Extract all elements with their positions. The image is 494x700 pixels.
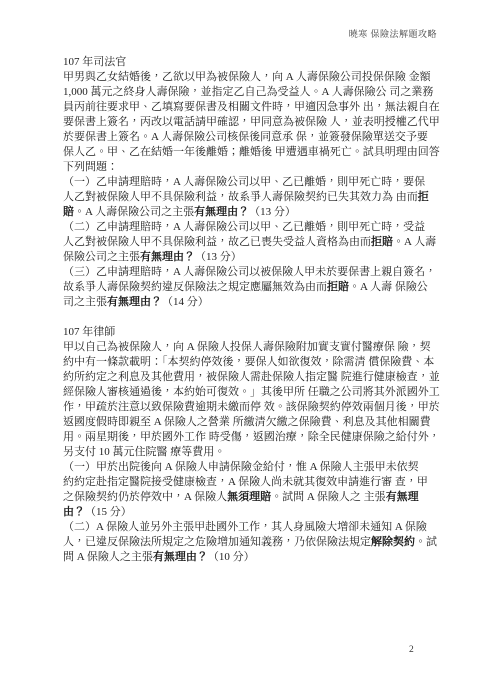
text-line: 1,000 萬元之終身人壽保險，並指定乙自己為受益人。A 人壽保險公 司之業務 [63,85,435,100]
text-segment: 保險公司之主張 [63,251,140,263]
text-line: 要保書上簽名，丙改以電話請甲確認，甲同意為被保險 人，並表明授權乙代甲 [63,115,435,130]
text-line: 約約定赴指定醫院接受健康檢查，A 保險人尚未就其復效申請進行審 查，甲 [63,475,435,490]
emphasis-text: 有無理 [386,491,419,503]
text-segment: 107 年律師 [63,326,115,338]
text-line: 經保險人審核通過後，本約始可復效。」其後甲所 任職之公司將其外派國外工 [63,385,435,400]
text-line: 作，甲疏於注意以致保險費逾期未繳而停 效。該保險契約停效兩個月後，甲於 [63,400,435,415]
text-line: 用。兩星期後，甲於國外工作 時受傷，返國治療，除全民健康保險之給付外， [63,430,435,445]
text-line: 保人乙。甲、乙在結婚一年後離婚；離婚後 甲遭遇車禍死亡。試具明理由回答 [63,145,435,160]
emphasis-text: 拒 [418,191,429,203]
text-line: 甲以自己為被保險人，向 A 保險人投保人壽保險附加實支實付醫療保 險，契 [63,340,435,355]
text-segment: （13 分） [195,251,242,263]
text-line: 返國度假時即親至 A 保險人之營業 所繳清欠繳之保險費、利息及其他相關費 [63,415,435,430]
text-segment: 。A 人壽保險公司之主張 [74,206,194,218]
text-segment: 1,000 萬元之終身人壽保險，並指定乙自己為受益人。A 人壽保險公 司之業務 [63,86,433,98]
text-line: （二）A 保險人並另外主張甲赴國外工作，其人身風險大增卻未通知 A 保險 [63,520,435,535]
text-line: 問 A 保險人之主張有無理由？（10 分） [63,550,435,565]
text-line: （二）乙申請理賠時，A 人壽保險公司以甲、乙已離婚，則甲死亡時，受益 [63,220,435,235]
text-line: 人乙對被保險人甲不具保險利益，故系爭人壽保險契約已失其效力為 由而拒 [63,190,435,205]
text-line: 人，已違反保險法所規定之危險增加通知義務，乃依保險法規定解除契約。試 [63,535,435,550]
text-line: 賠。A 人壽保險公司之主張有無理由？（13 分） [63,205,435,220]
text-segment: （10 分） [208,551,255,563]
text-segment: 。試問 A 保險人之 主張 [271,491,386,503]
text-segment: 下列問題： [63,161,118,173]
text-segment: （三）乙申請理賠時，A 人壽保險公司以被保險人甲未於要保書上親自簽名， [63,266,436,278]
text-segment: （15 分） [85,506,132,518]
text-segment: 約中有一條款載明：「本契約停效後，要保人如欲復效，除需清 償保險費、本 [63,356,434,368]
text-segment: 用。兩星期後，甲於國外工作 時受傷，返國治療，除全民健康保險之給付外， [63,431,440,443]
text-line: 員丙前往要求甲、乙填寫要保書及相關文件時，甲適因急事外 出，無法親自在 [63,100,435,115]
text-segment: 作，甲疏於注意以致保險費逾期未繳而停 效。該保險契約停效兩個月後，甲於 [63,401,440,413]
text-segment: 經保險人審核通過後，本約始可復效。」其後甲所 任職之公司將其外派國外工 [63,386,440,398]
emphasis-text: 有無理由？ [107,296,162,308]
text-segment: 問 A 保險人之主張 [63,551,153,563]
emphasis-text: 賠 [63,206,74,218]
emphasis-text: 有無理由？ [140,251,195,263]
text-segment: 107 年司法官 [63,56,126,68]
text-segment: （一）乙申請理賠時，A 人壽保險公司以甲、乙已離婚，則甲死亡時，要保 [63,176,425,188]
text-line: （一）乙申請理賠時，A 人壽保險公司以甲、乙已離婚，則甲死亡時，要保 [63,175,435,190]
text-segment: 故系爭人壽保險契約違反保險法之規定應屬無效為由而 [63,281,327,293]
section-heading: 107 年司法官 [63,55,435,70]
text-segment: （14 分） [162,296,209,308]
emphasis-text: 拒賠 [327,281,349,293]
page: 曉寒 保險法解題攻略 107 年司法官甲男與乙女結婚後，乙欲以甲為被保險人，向 … [0,0,494,700]
text-line: 另支付 10 萬元住院醫 療等費用。 [63,445,435,460]
text-line: 人乙對被保險人甲不具保險利益，故乙已喪失受益人資格為由而拒賠。A 人壽 [63,235,435,250]
text-segment: 約所約定之利息及其他費用，被保險人需赴保險人指定醫 院進行健康檢查，並 [63,371,440,383]
blank-line [63,310,435,325]
text-segment: 返國度假時即親至 A 保險人之營業 所繳清欠繳之保險費、利息及其他相關費 [63,416,431,428]
document-lines: 107 年司法官甲男與乙女結婚後，乙欲以甲為被保險人，向 A 人壽保險公司投保保… [63,55,435,565]
text-line: 約所約定之利息及其他費用，被保險人需赴保險人指定醫 院進行健康檢查，並 [63,370,435,385]
text-segment: 人，已違反保險法所規定之危險增加通知義務，乃依保險法規定 [63,536,371,548]
text-segment: 甲以自己為被保險人，向 A 保險人投保人壽保險附加實支實付醫療保 險，契 [63,341,431,353]
text-line: 甲男與乙女結婚後，乙欲以甲為被保險人，向 A 人壽保險公司投保保險 金額 [63,70,435,85]
text-segment: （二）A 保險人並另外主張甲赴國外工作，其人身風險大增卻未通知 A 保險 [63,521,427,533]
text-segment: 另支付 10 萬元住院醫 療等費用。 [63,446,225,458]
text-segment: 人乙對被保險人甲不具保險利益，故系爭人壽保險契約已失其效力為 由而 [63,191,418,203]
text-line: 於要保書上簽名。A 人壽保險公司核保後同意承 保，並簽發保險單送交予要 [63,130,435,145]
text-segment: 員丙前往要求甲、乙填寫要保書及相關文件時，甲適因急事外 出，無法親自在 [63,101,440,113]
text-line: 約中有一條款載明：「本契約停效後，要保人如欲復效，除需清 償保險費、本 [63,355,435,370]
text-line: （三）乙申請理賠時，A 人壽保險公司以被保險人甲未於要保書上親自簽名， [63,265,435,280]
page-header-title: 曉寒 保險法解題攻略 [349,27,437,40]
text-segment: 司之主張 [63,296,107,308]
text-segment: 要保書上簽名，丙改以電話請甲確認，甲同意為被保險 人，並表明授權乙代甲 [63,116,440,128]
emphasis-text: 無須理賠 [227,491,271,503]
emphasis-text: 有無理由？ [194,206,249,218]
text-line: 故系爭人壽保險契約違反保險法之規定應屬無效為由而拒賠。A 人壽 保險公 [63,280,435,295]
text-segment: 甲男與乙女結婚後，乙欲以甲為被保險人，向 A 人壽保險公司投保保險 金額 [63,71,431,83]
text-line: 保險公司之主張有無理由？（13 分） [63,250,435,265]
text-line: （一）甲於出院後向 A 保險人申請保險金給付，惟 A 保險人主張甲未依契 [63,460,435,475]
text-segment: 人乙對被保險人甲不具保險利益，故乙已喪失受益人資格為由而 [63,236,371,248]
section-heading: 107 年律師 [63,325,435,340]
text-segment: 。試 [415,536,437,548]
text-segment: （一）甲於出院後向 A 保險人申請保險金給付，惟 A 保險人主張甲未依契 [63,461,419,473]
emphasis-text: 有無理由？ [153,551,208,563]
text-segment: 保人乙。甲、乙在結婚一年後離婚；離婚後 甲遭遇車禍死亡。試具明理由回答 [63,146,440,158]
text-segment: 之保險契約仍於停效中，A 保險人 [63,491,227,503]
text-segment: （二）乙申請理賠時，A 人壽保險公司以甲、乙已離婚，則甲死亡時，受益 [63,221,425,233]
text-line: 下列問題： [63,160,435,175]
text-line: 由？（15 分） [63,505,435,520]
page-number: 2 [409,645,414,655]
text-segment: 於要保書上簽名。A 人壽保險公司核保後同意承 保，並簽發保險單送交予要 [63,131,428,143]
text-segment: 約約定赴指定醫院接受健康檢查，A 保險人尚未就其復效申請進行審 查，甲 [63,476,428,488]
text-line: 司之主張有無理由？（14 分） [63,295,435,310]
text-segment: （13 分） [249,206,296,218]
text-line: 之保險契約仍於停效中，A 保險人無須理賠。試問 A 保險人之 主張有無理 [63,490,435,505]
text-segment: 。A 人壽 [393,236,436,248]
emphasis-text: 解除契約 [371,536,415,548]
emphasis-text: 由？ [63,506,85,518]
text-segment: 。A 人壽 保險公 [349,281,428,293]
emphasis-text: 拒賠 [371,236,393,248]
